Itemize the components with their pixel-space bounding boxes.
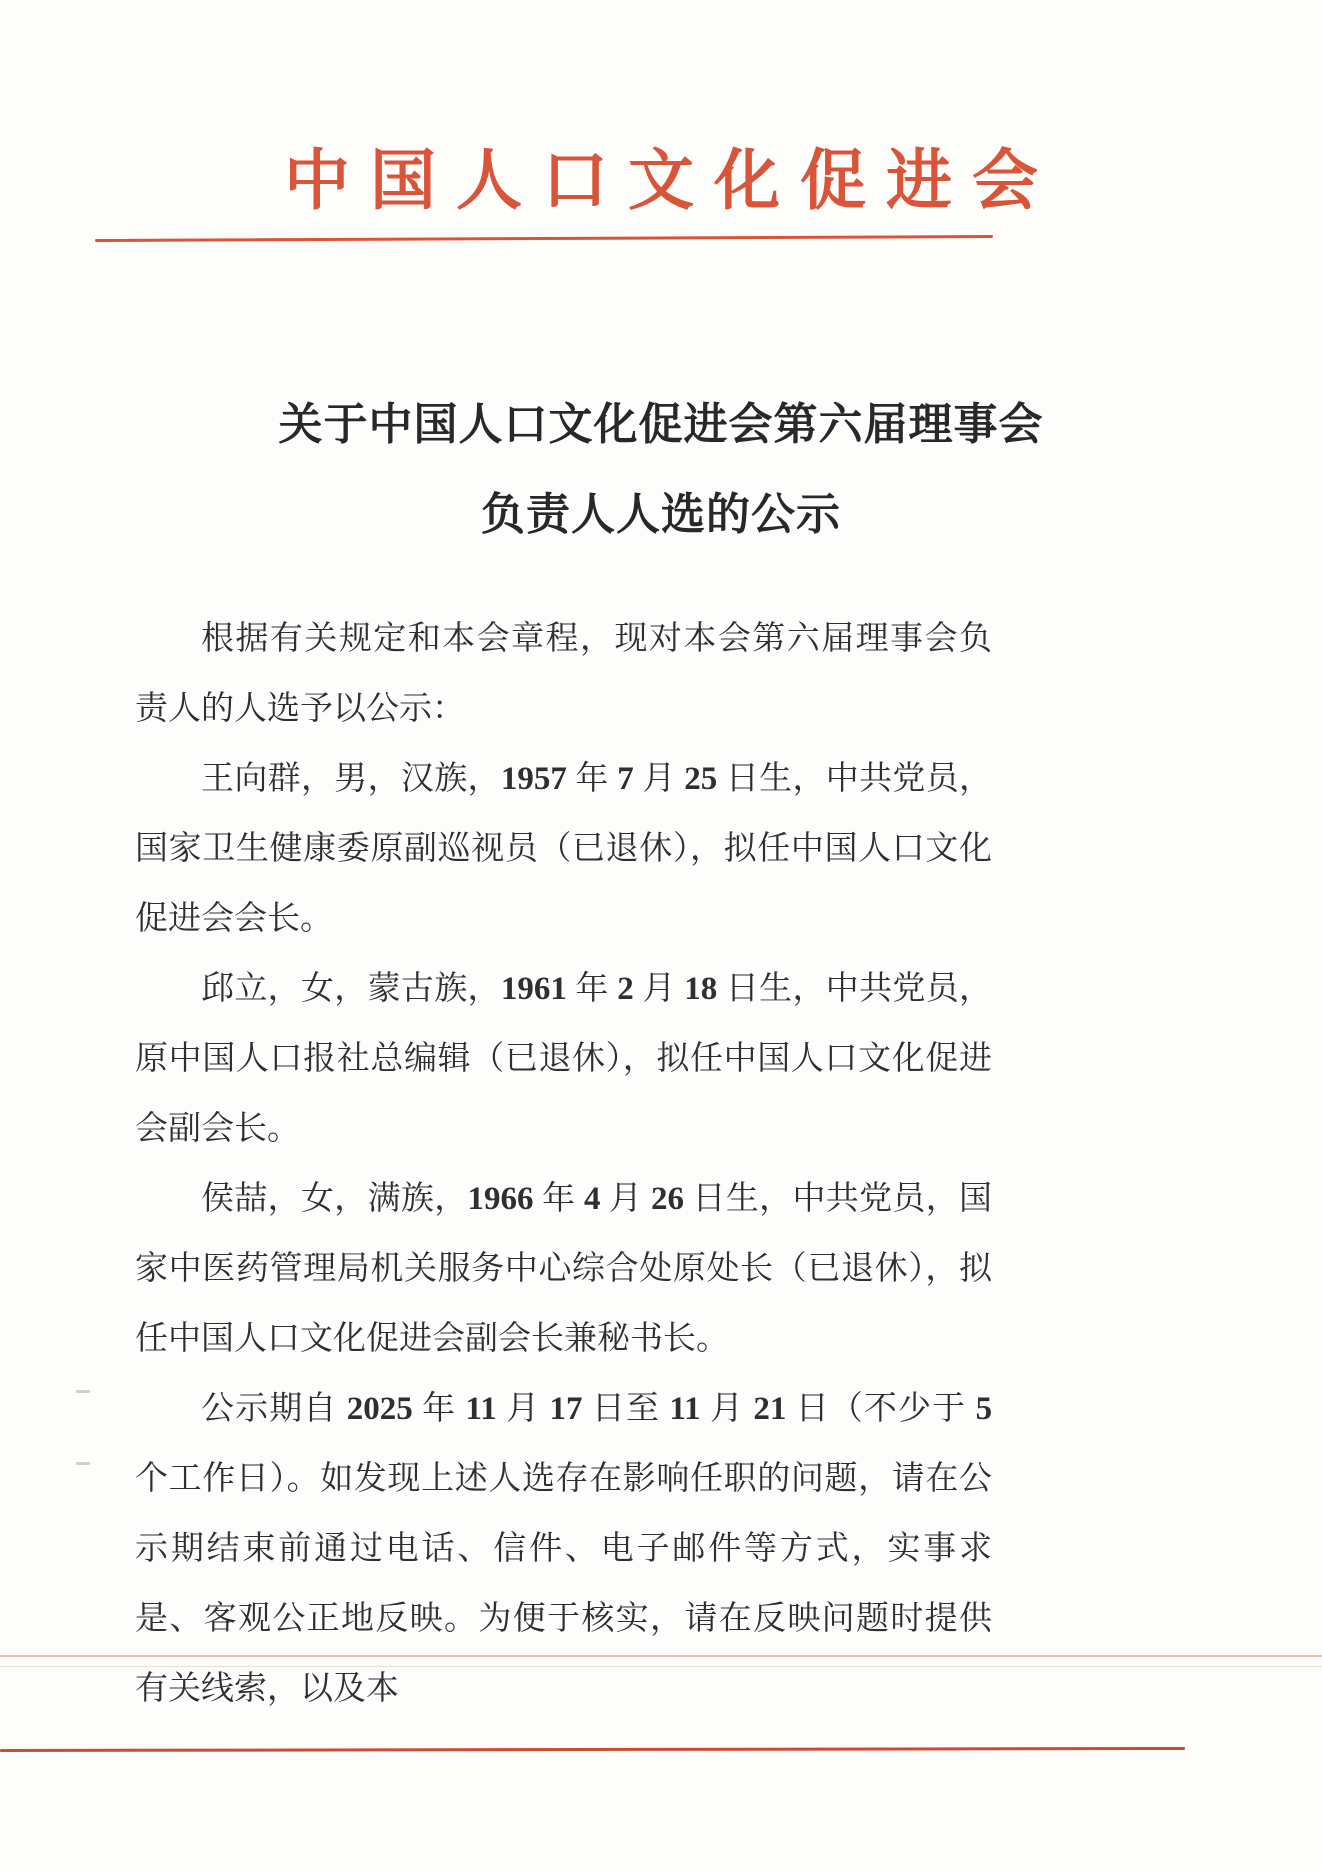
body-paragraph: 王向群，男，汉族，1957 年 7 月 25 日生，中共党员，国家卫生健康委原副…	[135, 744, 992, 954]
document-title-line1: 关于中国人口文化促进会第六届理事会	[0, 380, 1322, 470]
scan-artifact-fold-line	[0, 1666, 1322, 1667]
letterhead-title: 中国人口文化促进会	[0, 147, 1322, 217]
letterhead-rule	[95, 235, 993, 242]
scan-artifact-red-line	[0, 1747, 1185, 1752]
body-paragraph: 公示期自 2025 年 11 月 17 日至 11 月 21 日（不少于 5 个…	[135, 1374, 992, 1724]
scan-speck	[76, 1390, 90, 1393]
document-title-line2: 负责人人选的公示	[0, 470, 1322, 560]
document-title: 关于中国人口文化促进会第六届理事会 负责人人选的公示	[0, 380, 1322, 560]
body-paragraph: 根据有关规定和本会章程，现对本会第六届理事会负责人的人选予以公示：	[135, 604, 992, 744]
scan-artifact-fold-line	[0, 1655, 1322, 1657]
scan-speck	[76, 1462, 90, 1465]
document-body: 根据有关规定和本会章程，现对本会第六届理事会负责人的人选予以公示：王向群，男，汉…	[135, 604, 992, 1724]
document-page: 中国人口文化促进会 关于中国人口文化促进会第六届理事会 负责人人选的公示 根据有…	[0, 0, 1322, 1870]
body-paragraph: 邱立，女，蒙古族，1961 年 2 月 18 日生，中共党员，原中国人口报社总编…	[135, 954, 992, 1164]
body-paragraph: 侯喆，女，满族，1966 年 4 月 26 日生，中共党员，国家中医药管理局机关…	[135, 1164, 992, 1374]
